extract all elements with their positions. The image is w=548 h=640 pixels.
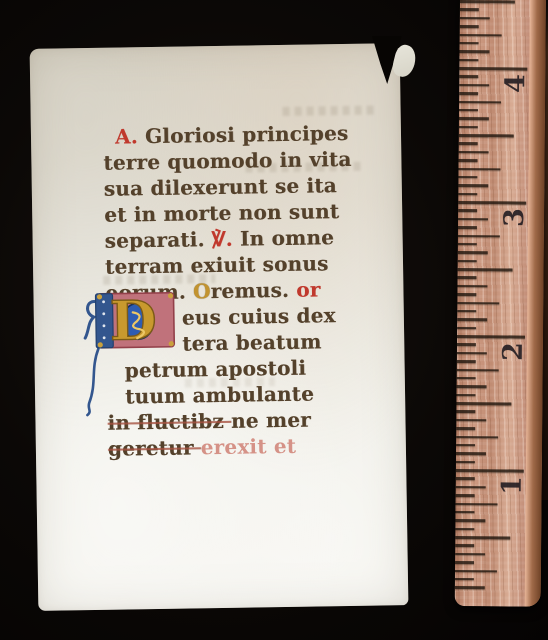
ruler-tick [457, 318, 487, 321]
ruler-tick [457, 343, 476, 346]
ruler-tick [460, 25, 479, 28]
ruler-tick [459, 126, 478, 129]
ruler-tick [456, 444, 475, 447]
ruler-tick [457, 360, 476, 363]
ruler-tick [459, 142, 478, 145]
ruler-tick [459, 109, 478, 112]
ruler-tick [456, 394, 475, 397]
ruler-tick [458, 209, 477, 212]
ruler-tick [455, 544, 474, 547]
text-segment: tera beatum [182, 329, 322, 355]
ruler-tick [457, 310, 476, 313]
ruler-tick [457, 301, 499, 304]
ruler-tick [456, 452, 486, 455]
text-segment: eus cuius dex [182, 303, 336, 329]
ruler-tick [457, 352, 487, 355]
ruler-tick [457, 285, 487, 288]
ruler-tick [459, 50, 489, 53]
ruler-tick [457, 293, 476, 296]
text-segment: terre quomodo in vita [103, 147, 351, 175]
text-segment: remus. [211, 278, 297, 303]
ruler-tick [459, 134, 514, 137]
ruler-tick [456, 477, 475, 480]
ruler-tick [459, 59, 478, 62]
text-segment: et in morte non sunt [104, 199, 339, 227]
ruler-tick [456, 427, 475, 430]
ruler-tick [457, 327, 476, 330]
ruler-tick [459, 151, 489, 154]
ruler-tick [458, 268, 513, 271]
ruler-tick [459, 100, 501, 103]
ruler-tick [457, 385, 487, 388]
text-segment: In omne [233, 225, 335, 251]
ruler-tick [456, 402, 511, 405]
illuminated-initial-D: D [83, 285, 185, 417]
ruler-tick [456, 435, 498, 438]
text-segment: separati. [104, 227, 212, 253]
initial-tail [86, 349, 99, 415]
ruler-tick [459, 75, 478, 78]
ruler-tick [457, 377, 476, 380]
ruler-tick [456, 486, 486, 489]
ruler-tick [456, 502, 498, 505]
ruler-tick [455, 569, 497, 572]
manuscript-leaf: A. Gloriosi principesterre quomodo in vi… [30, 43, 409, 611]
ruler-tick [455, 511, 474, 514]
initial-letter-glyph: D [109, 288, 157, 353]
ruler-tick [458, 234, 500, 237]
ruler-tick [457, 276, 476, 279]
ruler-tick [455, 553, 485, 556]
ruler-tick [458, 218, 488, 221]
text-segment: ℣. [212, 227, 233, 251]
ruler-tick [459, 117, 489, 120]
ruler-tick [459, 159, 478, 162]
text-segment: terram exiuit sonus [105, 251, 329, 279]
ruler-tick [458, 184, 488, 187]
text-segment: ne mer [231, 408, 311, 433]
ruler-tick [458, 167, 500, 170]
ruler-tick [458, 193, 477, 196]
ruler-tick [460, 8, 479, 11]
ruler-tick [460, 17, 490, 20]
photo-stage: A. Gloriosi principesterre quomodo in vi… [0, 0, 548, 640]
text-segment: erexit et [201, 434, 297, 459]
ruler-tick [458, 176, 477, 179]
text-segment: Gloriosi principes [138, 121, 349, 148]
ruler-tick [455, 519, 485, 522]
text-segment: A. [115, 124, 138, 148]
text-segment: sua dilexerunt se ita [104, 173, 337, 201]
ruler-tick [456, 461, 475, 464]
ruler-tick [455, 561, 474, 564]
text-line: geretur erexit et [36, 431, 406, 463]
ruler-tick [460, 33, 502, 36]
ruler-tick [458, 226, 477, 229]
ghost-bleedthrough [283, 106, 375, 116]
text-segment: geretur [108, 435, 201, 460]
ruler-tick [457, 368, 499, 371]
ruler-number: 3 [501, 200, 529, 234]
ruler-tick [460, 42, 479, 45]
ruler-tick [460, 0, 515, 3]
ruler-tick [458, 243, 477, 246]
ruler-tick [456, 419, 486, 422]
ruler-tick [455, 578, 474, 581]
ruler-tick [455, 528, 474, 531]
ruler-tick [459, 92, 478, 95]
ruler-number: 2 [500, 334, 528, 368]
ruler-number: 4 [502, 66, 530, 100]
ruler-tick [456, 494, 475, 497]
ruler-tick [458, 260, 477, 263]
ruler-tick [455, 586, 485, 589]
text-segment: or [296, 277, 321, 301]
ruler: 4321 [455, 0, 546, 607]
ruler-tick [456, 410, 475, 413]
text-segment: O [193, 279, 211, 303]
ruler-tick [455, 536, 510, 539]
ruler-tick [459, 84, 489, 87]
ruler-number: 1 [499, 468, 527, 502]
ruler-tick [458, 251, 488, 254]
